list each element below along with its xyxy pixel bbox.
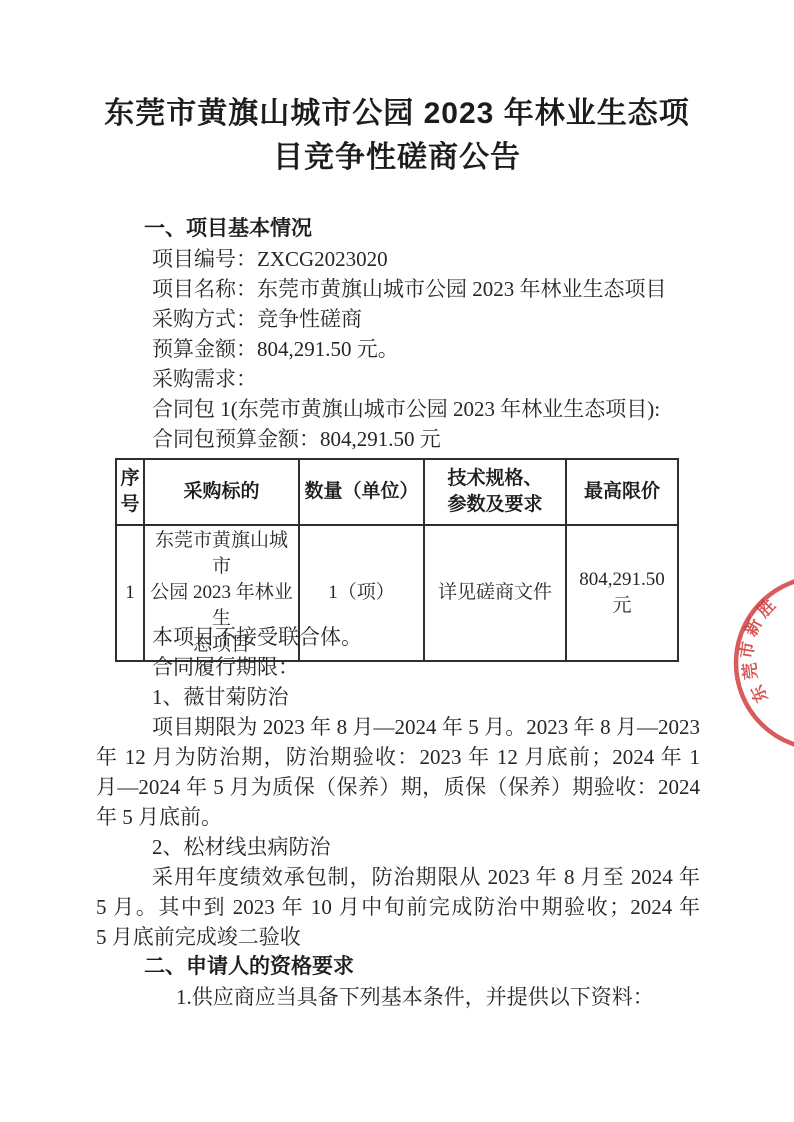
header-max-price: 最高限价 bbox=[566, 459, 678, 525]
term-detail-line: 年 12 月为防治期，防治期验收：2023 年 12 月底前；2024 年 1 bbox=[96, 742, 700, 772]
table-header-row: 序 号 采购标的 数量（单位） 技术规格、 参数及要求 最高限价 bbox=[116, 459, 678, 525]
section-contract-terms: 本项目不接受联合体。 合同履行期限： 1、薇甘菊防治 项目期限为 2023 年 … bbox=[96, 622, 700, 1012]
header-spec: 技术规格、 参数及要求 bbox=[424, 459, 566, 525]
project-number-line: 项目编号：ZXCG2023020 bbox=[96, 244, 700, 274]
contract-package-budget-line: 合同包预算金额：804,291.50 元 bbox=[96, 424, 700, 454]
term-detail-line: 5 月底前完成竣二验收 bbox=[96, 922, 700, 952]
seal-char: 市 bbox=[736, 640, 758, 660]
term-detail-line: 采用年度绩效承包制，防治期限从 2023 年 8 月至 2024 年 bbox=[96, 862, 700, 892]
qualification-line: 1.供应商应当具备下列基本条件，并提供以下资料： bbox=[96, 982, 700, 1012]
contract-package-line: 合同包 1(东莞市黄旗山城市公园 2023 年林业生态项目): bbox=[96, 394, 700, 424]
term-detail-line: 项目期限为 2023 年 8 月—2024 年 5 月。2023 年 8 月—2… bbox=[96, 712, 700, 742]
page-title-line-1: 东莞市黄旗山城市公园 2023 年林业生态项 bbox=[60, 92, 734, 136]
seal-char: 新 bbox=[740, 615, 766, 639]
budget-amount-line: 预算金额：804,291.50 元。 bbox=[96, 334, 700, 364]
term-item-2-line: 2、松材线虫病防治 bbox=[96, 832, 700, 862]
seal-char: 东 bbox=[746, 682, 771, 706]
seal-char: 胜 bbox=[754, 596, 779, 621]
seal-char: 莞 bbox=[740, 662, 761, 681]
procurement-method-line: 采购方式：竞争性磋商 bbox=[96, 304, 700, 334]
term-detail-line: 5 月。其中到 2023 年 10 月中旬前完成防治中期验收；2024 年 bbox=[96, 892, 700, 922]
page-title: 东莞市黄旗山城市公园 2023 年林业生态项 目竞争性磋商公告 bbox=[60, 92, 734, 180]
procurement-demand-line: 采购需求： bbox=[96, 364, 700, 394]
term-item-1-line: 1、薇甘菊防治 bbox=[96, 682, 700, 712]
document-page: 东莞市黄旗山城市公园 2023 年林业生态项 目竞争性磋商公告 一、项目基本情况… bbox=[0, 0, 794, 1122]
contract-period-label-line: 合同履行期限： bbox=[96, 652, 700, 682]
official-seal-stamp: 东 莞 市 新 胜 bbox=[700, 545, 794, 785]
header-seq-no: 序 号 bbox=[116, 459, 144, 525]
section-heading-qualification: 二、申请人的资格要求 bbox=[96, 952, 700, 982]
section-project-info: 一、项目基本情况 项目编号：ZXCG2023020 项目名称：东莞市黄旗山城市公… bbox=[96, 214, 700, 454]
term-detail-line: 月—2024 年 5 月为质保（保养）期，质保（保养）期验收：2024 bbox=[96, 772, 700, 802]
page-title-line-2: 目竞争性磋商公告 bbox=[60, 136, 734, 180]
project-name-line: 项目名称：东莞市黄旗山城市公园 2023 年林业生态项目 bbox=[96, 274, 700, 304]
term-detail-line: 年 5 月底前。 bbox=[96, 802, 700, 832]
section-heading-project-info: 一、项目基本情况 bbox=[96, 214, 700, 244]
no-consortium-line: 本项目不接受联合体。 bbox=[96, 622, 700, 652]
header-quantity: 数量（单位） bbox=[299, 459, 424, 525]
header-subject: 采购标的 bbox=[144, 459, 299, 525]
